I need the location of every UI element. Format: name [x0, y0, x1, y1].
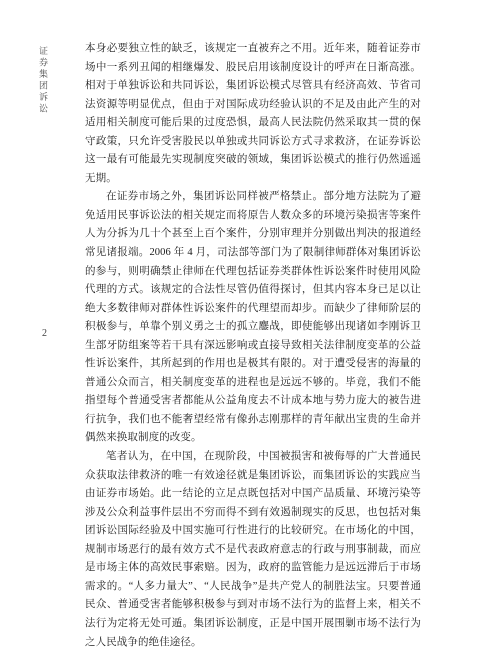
paragraph-securities-ban: 在证券市场之外，集团诉讼同样被严格禁止。部分地方法院为了避免适用民事诉讼法的相关… [85, 188, 421, 448]
body-text: 本身必要独立性的缺乏，该规定一直被弃之不用。近年来，随着证券市场中一系列丑闻的相… [85, 40, 421, 648]
page-number: 2 [42, 328, 47, 339]
paragraph-continuation: 本身必要独立性的缺乏，该规定一直被弃之不用。近年来，随着证券市场中一系列丑闻的相… [85, 40, 421, 188]
paragraph-author-view: 笔者认为，在中国，在现阶段，中国被损害和被侮辱的广大普通民众获取法律救济的唯一有… [85, 448, 421, 648]
book-page: { "page": { "side_label": "证券集团诉讼", "pag… [0, 0, 504, 648]
running-head-vertical: 证券集团诉讼 [37, 46, 50, 115]
